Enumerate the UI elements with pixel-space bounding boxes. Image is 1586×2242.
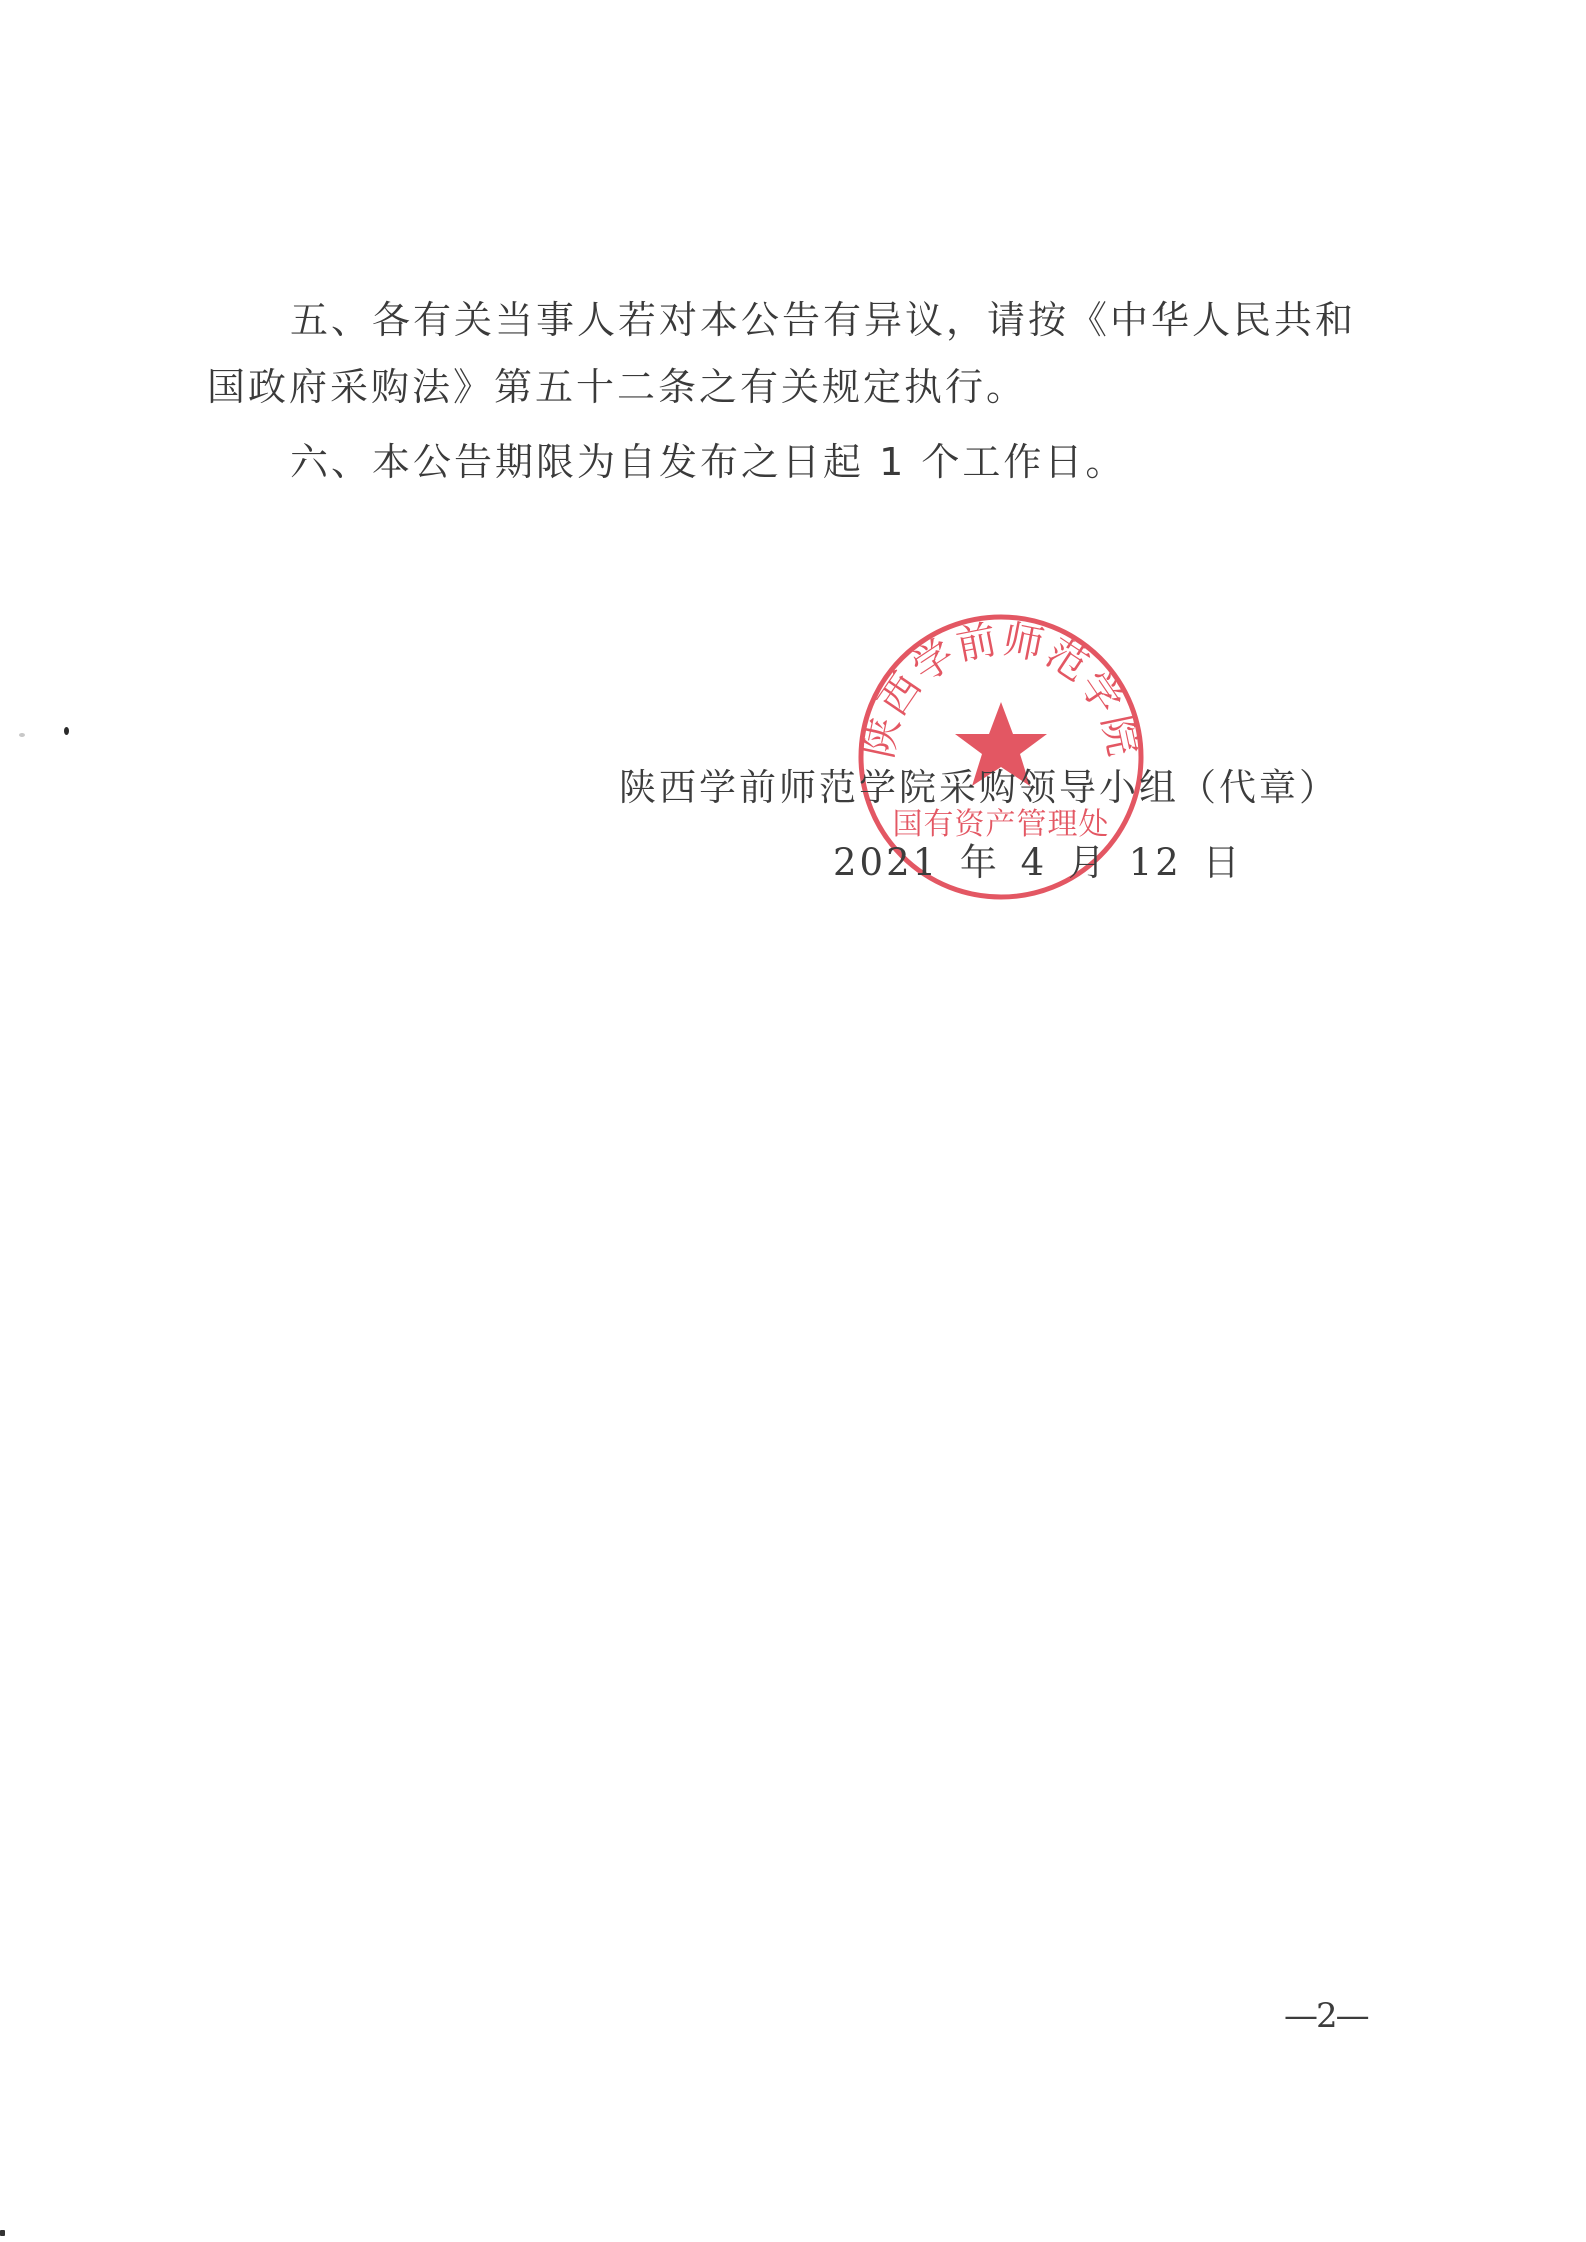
- paragraph-5-line-2: 国政府采购法》第五十二条之有关规定执行。: [207, 365, 1027, 409]
- issuer-signature: 陕西学前师范学院采购领导小组（代章）: [619, 766, 1339, 810]
- scan-speck: [0, 2230, 5, 2236]
- seal-bottom-text: 国有资产管理处: [893, 807, 1110, 842]
- scan-speck: [19, 733, 25, 737]
- document-page: 五、各有关当事人若对本公告有异议，请按《中华人民共和 国政府采购法》第五十二条之…: [0, 0, 1586, 2242]
- issue-date: 2021 年 4 月 12 日: [833, 841, 1243, 885]
- scan-speck: [64, 727, 69, 735]
- paragraph-6-line-1: 六、本公告期限为自发布之日起 1 个工作日。: [290, 440, 1126, 484]
- page-number: —2—: [1284, 1996, 1368, 2036]
- paragraph-5-line-1: 五、各有关当事人若对本公告有异议，请按《中华人民共和: [290, 298, 1356, 342]
